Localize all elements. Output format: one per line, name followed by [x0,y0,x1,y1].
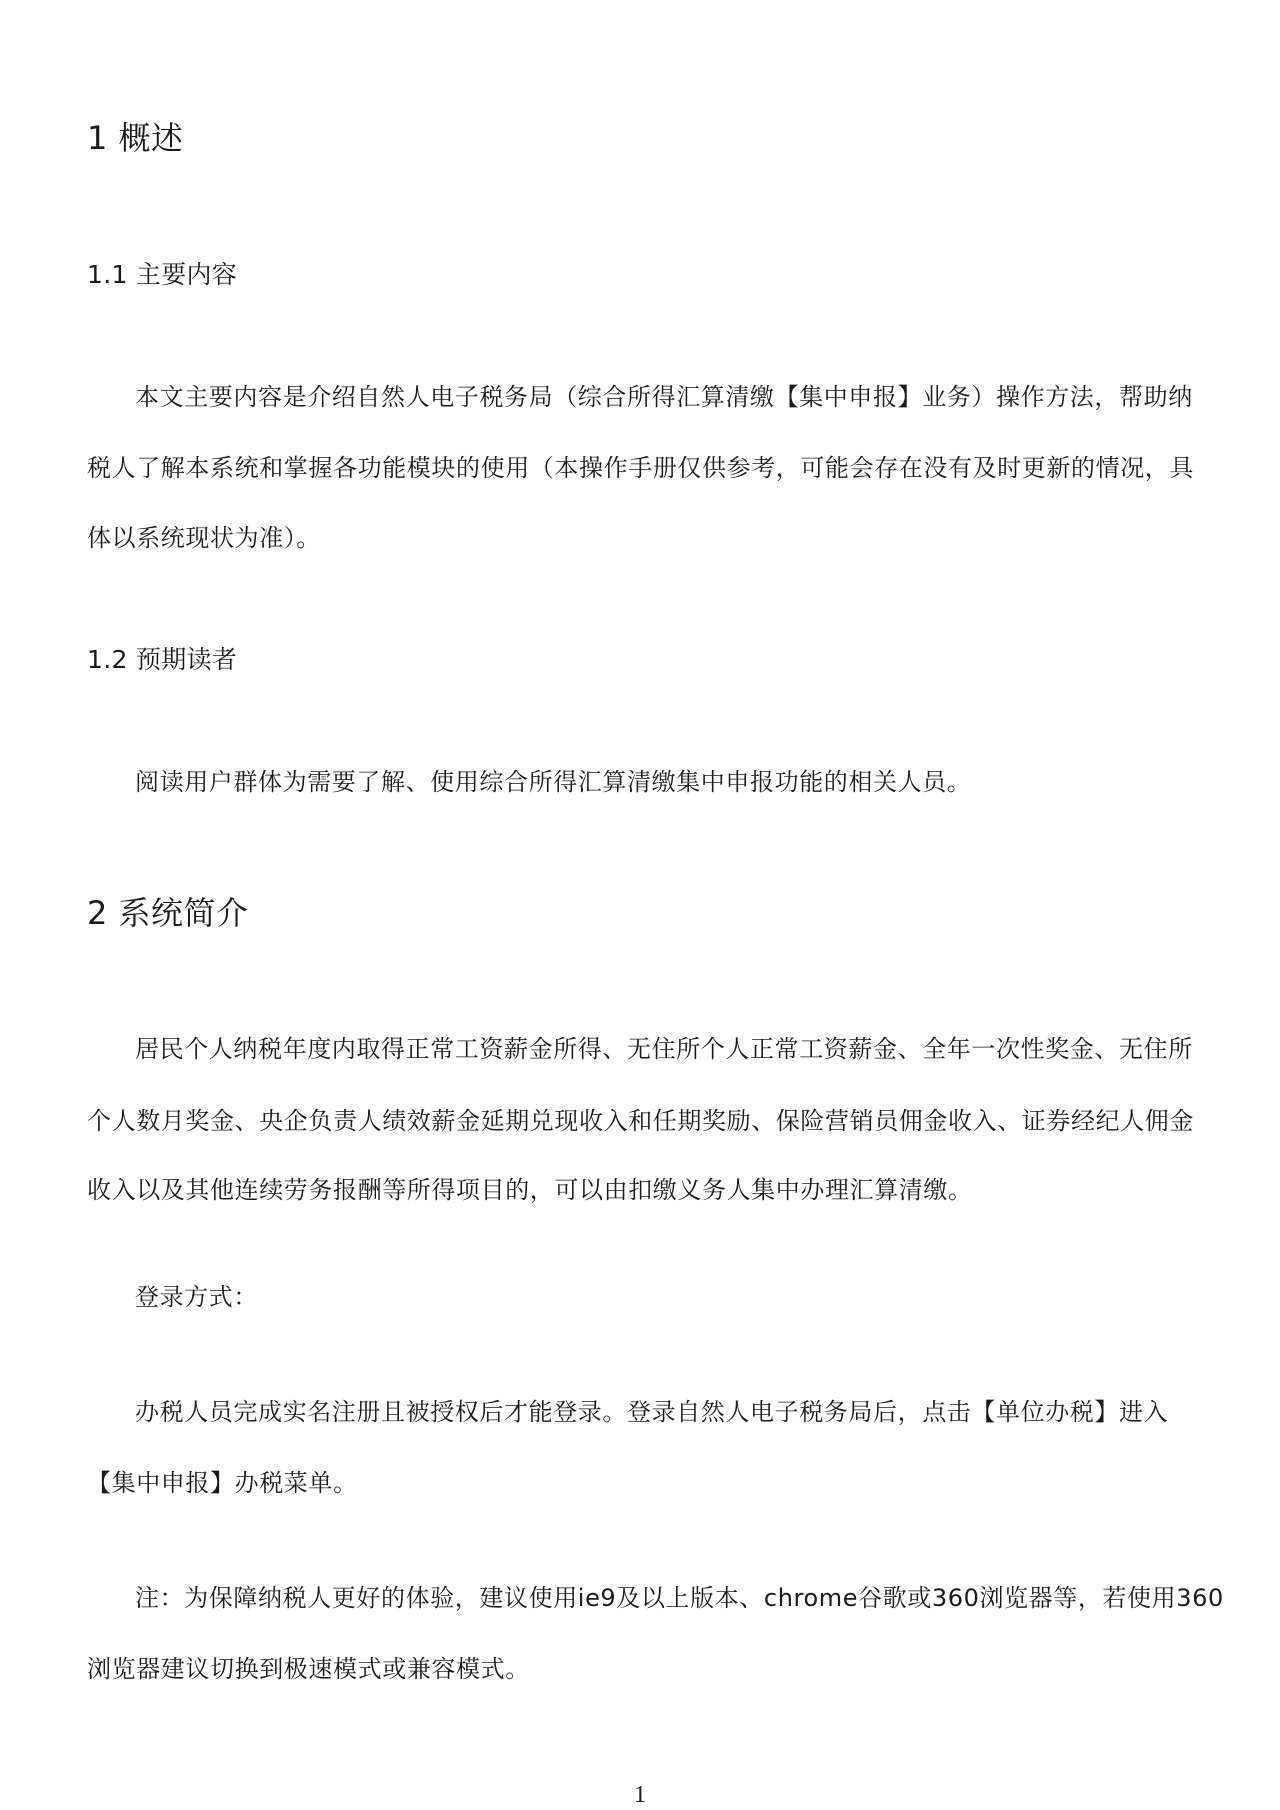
note-line: 注：为保障纳税人更好的体验，建议使用ie9及以上版本、chrome谷歌或360浏… [135,1582,1224,1614]
section-heading-overview: 1 概述 [87,118,184,158]
paragraph-line: 税人了解本系统和掌握各功能模块的使用（本操作手册仅供参考，可能会存在没有及时更新… [87,452,1194,484]
paragraph-line: 收入以及其他连续劳务报酬等所得项目的，可以由扣缴义务人集中办理汇算清缴。 [87,1174,973,1206]
paragraph-line: 居民个人纳税年度内取得正常工资薪金所得、无住所个人正常工资薪金、全年一次性奖金、… [135,1033,1193,1065]
paragraph-line: 办税人员完成实名注册且被授权后才能登录。登录自然人电子税务局后，点击【单位办税】… [135,1396,1168,1428]
paragraph-line: 【集中申报】办税菜单。 [87,1467,358,1499]
paragraph-line: 个人数月奖金、央企负责人绩效薪金延期兑现收入和任期奖励、保险营销员佣金收入、证券… [87,1105,1194,1137]
subsection-heading-expected-readers: 1.2 预期读者 [87,644,237,676]
paragraph-line: 阅读用户群体为需要了解、使用综合所得汇算清缴集中申报功能的相关人员。 [135,766,971,798]
section-heading-system-intro: 2 系统简介 [87,893,249,933]
note-line: 浏览器建议切换到极速模式或兼容模式。 [87,1653,530,1685]
subsection-heading-main-content: 1.1 主要内容 [87,259,237,291]
paragraph-line: 体以系统现状为准）。 [87,522,321,554]
login-method-label: 登录方式： [135,1281,258,1313]
page-number: 1 [0,1780,1280,1810]
document-page: 1 概述 1.1 主要内容 本文主要内容是介绍自然人电子税务局（综合所得汇算清缴… [0,0,1280,1810]
paragraph-line: 本文主要内容是介绍自然人电子税务局（综合所得汇算清缴【集中申报】业务）操作方法，… [135,381,1193,413]
